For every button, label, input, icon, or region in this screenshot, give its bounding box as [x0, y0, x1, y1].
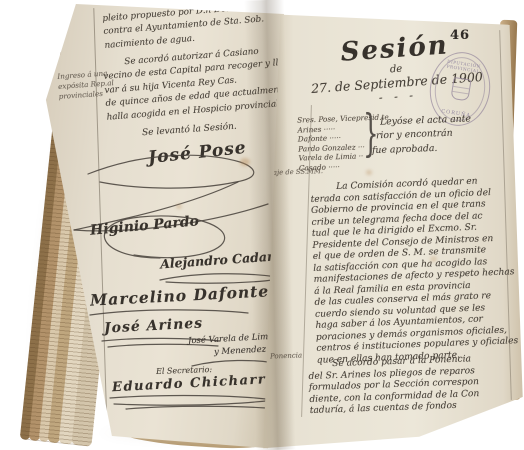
closing-line: Se levantó la Sesión.	[142, 122, 237, 139]
paragraph-viaje: La Comisión acordó quedar en terada con …	[310, 175, 517, 367]
paragraph-ponencia: Se acordó pasar á la Ponencia del Sr. Ar…	[308, 353, 515, 418]
foxing-spot	[366, 170, 372, 175]
secretary-label: El Secretario:	[156, 365, 212, 376]
signature-arines: José Arines	[104, 315, 204, 336]
acta-line-2: rior y encontrán	[376, 128, 453, 142]
right-page: 46 Sesión de 27. de Septiembre de 1900 -…	[262, 8, 524, 450]
photo-of-minute-book: Ingreso á una expósita Rep.al provincial…	[0, 0, 524, 450]
foxing-spot	[430, 256, 437, 262]
signature-flourish-secretary	[106, 392, 278, 412]
foxing-spot	[176, 204, 182, 209]
acta-line-3: fue aprobada.	[372, 143, 438, 156]
